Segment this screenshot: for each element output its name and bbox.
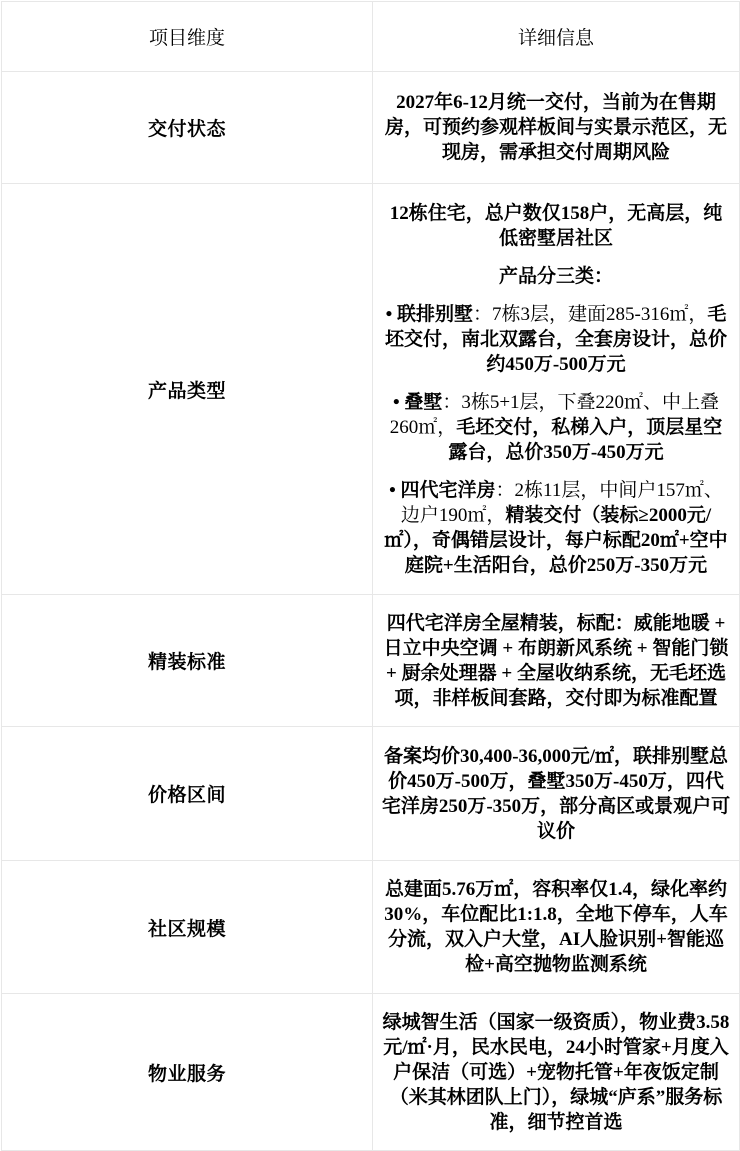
detail-text-bold: 2027年6-12月统一交付，当前为在售期房，可预约参观样板间与实景示范区，无现… (385, 92, 727, 163)
dimension-cell: 价格区间 (2, 727, 373, 861)
detail-text-bold: 四代宅洋房全屋精装，标配：威能地暖 + 日立中央空调 + 布朗新风系统 + 智能… (384, 613, 729, 709)
detail-paragraph: • 四代宅洋房：2栋11层，中间户157㎡、边户190㎡，精装交付（装标≥200… (381, 478, 731, 578)
detail-paragraph: 12栋住宅，总户数仅158户，无高层，纯低密墅居社区 (381, 201, 731, 251)
document-page: 项目维度 详细信息 交付状态2027年6-12月统一交付，当前为在售期房，可预约… (0, 0, 740, 1151)
detail-paragraph: 2027年6-12月统一交付，当前为在售期房，可预约参观样板间与实景示范区，无现… (381, 90, 731, 165)
detail-text-bold: 12栋住宅，总户数仅158户，无高层，纯低密墅居社区 (390, 203, 723, 249)
detail-paragraph: 产品分三类： (381, 264, 731, 289)
detail-paragraph: • 联排别墅：7栋3层，建面285-316㎡，毛坯交付，南北双露台，全套房设计，… (381, 302, 731, 377)
detail-cell: 2027年6-12月统一交付，当前为在售期房，可预约参观样板间与实景示范区，无现… (373, 72, 740, 184)
detail-text-bold: • 四代宅洋房 (389, 480, 495, 501)
detail-cell: 总建面5.76万㎡，容积率仅1.4，绿化率约30%，车位配比1:1.8，全地下停… (373, 861, 740, 994)
dimension-cell: 交付状态 (2, 72, 373, 184)
column-header-dimension: 项目维度 (2, 2, 373, 72)
detail-paragraph: 绿城智生活（国家一级资质），物业费3.58元/㎡·月，民水民电，24小时管家+月… (381, 1010, 731, 1135)
project-info-table: 项目维度 详细信息 交付状态2027年6-12月统一交付，当前为在售期房，可预约… (1, 1, 740, 1151)
table-row: 精装标准四代宅洋房全屋精装，标配：威能地暖 + 日立中央空调 + 布朗新风系统 … (2, 595, 740, 727)
detail-text-bold: 备案均价30,400-36,000元/㎡，联排别墅总价450万-500万，叠墅3… (382, 746, 730, 842)
table-row: 价格区间备案均价30,400-36,000元/㎡，联排别墅总价450万-500万… (2, 727, 740, 861)
table-row: 社区规模总建面5.76万㎡，容积率仅1.4，绿化率约30%，车位配比1:1.8，… (2, 861, 740, 994)
detail-text-bold: 毛坯交付，私梯入户，顶层星空露台，总价350万-450万元 (448, 417, 722, 463)
dimension-cell: 产品类型 (2, 184, 373, 595)
detail-paragraph: 备案均价30,400-36,000元/㎡，联排别墅总价450万-500万，叠墅3… (381, 744, 731, 844)
table-row: 产品类型12栋住宅，总户数仅158户，无高层，纯低密墅居社区产品分三类：• 联排… (2, 184, 740, 595)
detail-paragraph: 四代宅洋房全屋精装，标配：威能地暖 + 日立中央空调 + 布朗新风系统 + 智能… (381, 611, 731, 711)
column-header-detail: 详细信息 (373, 2, 740, 72)
dimension-cell: 社区规模 (2, 861, 373, 994)
detail-cell: 四代宅洋房全屋精装，标配：威能地暖 + 日立中央空调 + 布朗新风系统 + 智能… (373, 595, 740, 727)
header-row: 项目维度 详细信息 (2, 2, 740, 72)
detail-cell: 备案均价30,400-36,000元/㎡，联排别墅总价450万-500万，叠墅3… (373, 727, 740, 861)
detail-text-bold: • 叠墅 (393, 392, 442, 413)
detail-paragraph: • 叠墅：3栋5+1层，下叠220㎡、中上叠260㎡，毛坯交付，私梯入户，顶层星… (381, 390, 731, 465)
dimension-cell: 精装标准 (2, 595, 373, 727)
detail-text-bold: 总建面5.76万㎡，容积率仅1.4，绿化率约30%，车位配比1:1.8，全地下停… (384, 879, 728, 975)
detail-cell: 12栋住宅，总户数仅158户，无高层，纯低密墅居社区产品分三类：• 联排别墅：7… (373, 184, 740, 595)
dimension-cell: 物业服务 (2, 994, 373, 1151)
detail-text-bold: • 联排别墅 (386, 304, 473, 325)
table-row: 交付状态2027年6-12月统一交付，当前为在售期房，可预约参观样板间与实景示范… (2, 72, 740, 184)
detail-text: ：7栋3层，建面285-316㎡， (473, 304, 707, 325)
detail-cell: 绿城智生活（国家一级资质），物业费3.58元/㎡·月，民水民电，24小时管家+月… (373, 994, 740, 1151)
detail-paragraph: 总建面5.76万㎡，容积率仅1.4，绿化率约30%，车位配比1:1.8，全地下停… (381, 877, 731, 977)
table-row: 物业服务绿城智生活（国家一级资质），物业费3.58元/㎡·月，民水民电，24小时… (2, 994, 740, 1151)
detail-text-bold: 产品分三类： (499, 266, 613, 287)
detail-text-bold: 绿城智生活（国家一级资质），物业费3.58元/㎡·月，民水民电，24小时管家+月… (383, 1012, 730, 1133)
